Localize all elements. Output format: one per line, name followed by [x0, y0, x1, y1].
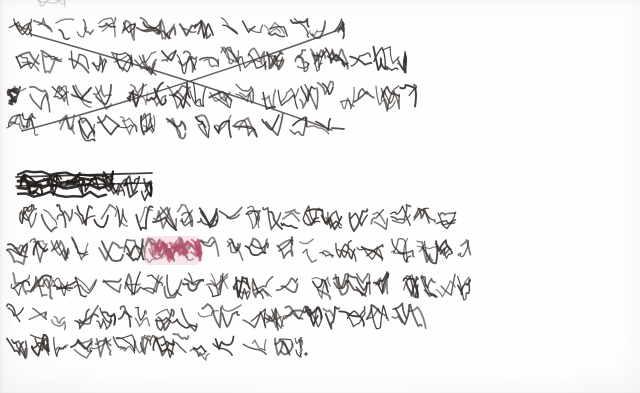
handwriting-line: [7, 113, 344, 141]
scribbled-heading: [16, 171, 152, 200]
paragraph-2-body: [7, 205, 471, 361]
top-edge-pen-mark: [37, 0, 65, 6]
paragraph-1-crossed-out: [7, 17, 417, 141]
handwriting-line: [8, 81, 416, 111]
red-stamp-mark: [144, 236, 201, 265]
cross-out-x-mark: [22, 28, 344, 131]
handwriting-canvas: [0, 0, 640, 393]
handwriting-line: [20, 205, 456, 232]
handwriting-line: [7, 303, 426, 331]
handwriting-line: [9, 17, 344, 40]
handwriting-line: [11, 272, 470, 300]
handwriting-line: [7, 237, 470, 264]
handwriting-line: [7, 334, 308, 360]
handwritten-note-scan: 手写草稿（草书，大部分难以辨认）：上方第一段四行文字被一个大叉整体划掉；中部一行…: [0, 0, 640, 393]
handwriting-line: [16, 47, 406, 75]
